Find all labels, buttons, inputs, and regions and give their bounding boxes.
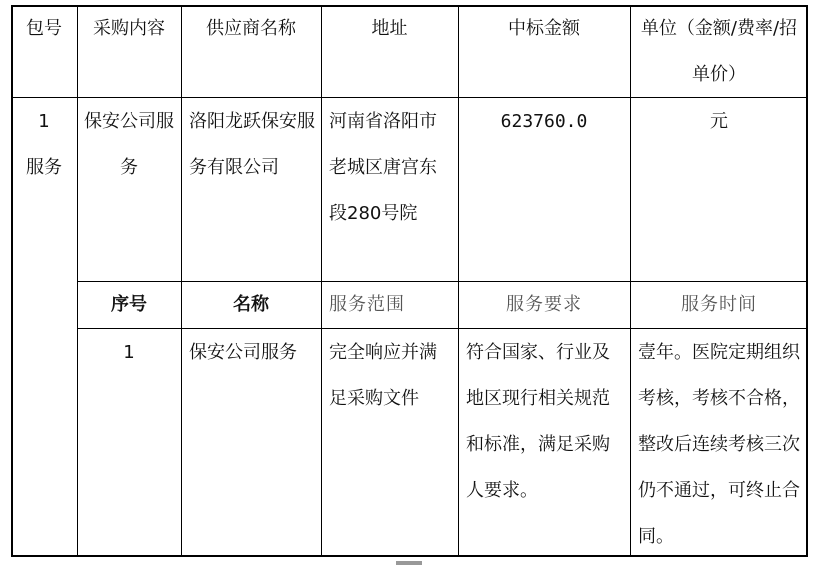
service-scope: 完全响应并满足采购文件 xyxy=(321,330,458,422)
subheader-scope: 服务范围 xyxy=(321,282,458,328)
header-supplier: 供应商名称 xyxy=(181,6,321,52)
supplier-address: 河南省洛阳市老城区唐宫东段280号院 xyxy=(321,99,458,237)
header-package-no: 包号 xyxy=(11,6,77,52)
subheader-seq: 序号 xyxy=(77,282,181,328)
subheader-requirement: 服务要求 xyxy=(458,282,630,328)
page-edge-mark xyxy=(396,561,422,565)
subheader-name: 名称 xyxy=(181,282,321,328)
header-amount: 中标金额 xyxy=(458,6,630,52)
supplier-name: 洛阳龙跃保安服务有限公司 xyxy=(181,99,321,191)
service-seq: 1 xyxy=(77,330,181,376)
service-name: 保安公司服务 xyxy=(181,330,321,376)
service-requirement: 符合国家、行业及地区现行相关规范和标准，满足采购人要求。 xyxy=(458,330,630,514)
header-content: 采购内容 xyxy=(77,6,181,52)
header-address: 地址 xyxy=(321,6,458,52)
header-unit: 单位（金额/费率/招单价） xyxy=(636,6,802,98)
amount-unit: 元 xyxy=(630,99,808,145)
service-time: 壹年。医院定期组织考核，考核不合格，整改后连续考核三次仍不通过，可终止合同。 xyxy=(630,330,808,560)
procurement-content: 保安公司服务 xyxy=(83,99,175,191)
subheader-time: 服务时间 xyxy=(630,282,808,328)
award-amount: 623760.0 xyxy=(458,99,630,145)
package-no-line1: 1 xyxy=(11,99,77,145)
package-no-line2: 服务 xyxy=(11,145,77,191)
row-divider xyxy=(77,328,808,329)
